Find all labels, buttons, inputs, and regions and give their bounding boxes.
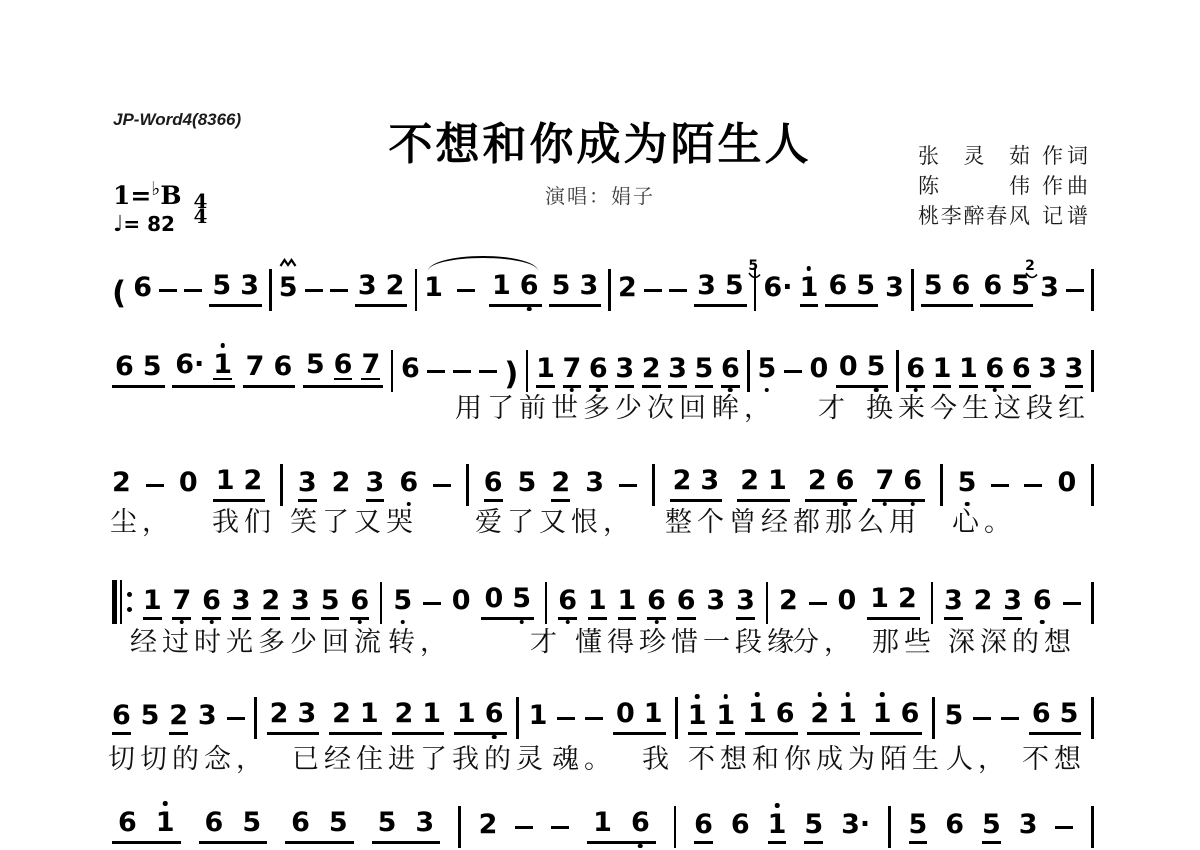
music-note: 5: [321, 587, 340, 620]
music-note: 6: [721, 355, 740, 388]
duration-dash: [619, 484, 637, 488]
key-letter: B: [160, 181, 181, 210]
music-note: 5: [279, 274, 298, 307]
duration-dash: [330, 289, 348, 293]
duration-dash: [159, 289, 177, 293]
music-note: 6: [334, 351, 353, 380]
music-note: 5: [695, 355, 714, 388]
barline: [932, 697, 935, 739]
duration-dash: [669, 289, 687, 293]
music-note: 5: [982, 811, 1001, 844]
music-note: 1: [593, 809, 612, 836]
music-note: 6: [945, 811, 964, 844]
music-note: 1: [588, 587, 607, 620]
repeat-dot: [127, 607, 132, 612]
beam-group: 61: [112, 809, 181, 844]
time-signature: 44: [193, 194, 207, 224]
music-note: 6: [983, 272, 1002, 299]
music-note: 2: [395, 700, 414, 727]
music-note: 6: [903, 467, 922, 494]
music-note: 6: [985, 355, 1004, 388]
duration-dash: [227, 717, 245, 721]
music-note: 2: [386, 272, 405, 299]
music-note: 3: [1019, 811, 1038, 844]
music-note: 1: [156, 809, 175, 836]
lyric-segment: 尘，: [110, 500, 174, 539]
music-note: 5: [306, 351, 325, 378]
beam-group: 76: [243, 353, 296, 388]
music-line: 65232321211610111162116565: [112, 683, 1094, 735]
music-note: 5: [329, 809, 348, 836]
music-note: 5: [393, 587, 412, 620]
music-note: 6: [901, 700, 920, 727]
lyric-segment: 我们: [212, 500, 276, 539]
credit-role: 作曲: [1042, 170, 1092, 200]
music-note: 0: [809, 355, 828, 388]
beam-group: 53: [372, 809, 441, 844]
music-note: 1: [644, 700, 663, 727]
music-note: 2: [479, 811, 498, 844]
music-note: 3: [415, 809, 434, 836]
music-note: 2: [810, 700, 829, 727]
music-note: 5: [518, 469, 537, 502]
music-note: 1: [457, 700, 476, 727]
music-line: 176323565005611663320123236: [112, 568, 1094, 620]
music-note: 5: [804, 811, 823, 844]
credit-row: 张灵茹作词: [918, 140, 1092, 170]
duration-dash: [644, 289, 662, 293]
music-note: 3: [579, 272, 598, 299]
music-note: 5: [867, 353, 886, 380]
duration-dash: [585, 717, 603, 721]
music-note: 1: [716, 702, 735, 735]
duration-dash: [453, 370, 471, 374]
beam-group: 23: [670, 467, 723, 502]
lyric-segment: 人，: [946, 737, 1010, 776]
music-note: 6: [118, 809, 137, 836]
music-note: 2: [243, 467, 262, 494]
duration-dash: [1063, 602, 1081, 606]
beam-group: 16: [870, 700, 923, 735]
barline: [766, 582, 769, 624]
music-note: 1: [424, 274, 443, 307]
music-note: 5: [143, 353, 162, 380]
music-note: 2: [112, 469, 131, 502]
lyric-segment: 眸，: [712, 386, 776, 425]
barline: [674, 806, 677, 848]
lyric-segment: 才: [530, 620, 562, 659]
music-note: 6: [951, 272, 970, 299]
barline: [888, 806, 891, 848]
beam-group: 6·1: [172, 351, 235, 388]
beam-group: 16: [587, 809, 656, 844]
credit-name: 陈伟: [918, 170, 1030, 200]
duration-dash: [433, 484, 451, 488]
music-note: 1: [800, 274, 819, 307]
music-note: 5: [212, 272, 231, 299]
beam-group: 53: [549, 272, 602, 307]
music-note: 1: [873, 700, 892, 727]
duration-dash: [515, 826, 533, 830]
credit-row: 桃李醉春风记谱: [918, 200, 1092, 230]
beam-group: 16: [745, 700, 798, 735]
credit-row: 陈伟作曲: [918, 170, 1092, 200]
beam-group: 26: [805, 467, 858, 502]
barline: [380, 582, 383, 624]
duration-dash: [1001, 717, 1019, 721]
lyric-row: 用了前世多少次回眸，才换来今生这段红: [0, 386, 1200, 422]
music-note: 1: [618, 587, 637, 620]
music-note: 6·5: [763, 274, 792, 307]
music-note: 6: [401, 355, 420, 388]
music-note: 0: [452, 587, 471, 620]
barline: [269, 269, 272, 311]
music-note: 2: [642, 355, 661, 388]
music-note: 5: [1060, 700, 1079, 727]
music-note: 2: [332, 469, 351, 502]
beam-group: 12: [213, 467, 266, 502]
duration-dash: [146, 484, 164, 488]
music-note: 6: [836, 467, 855, 494]
music-note: 0: [839, 353, 858, 380]
lyric-row: 尘，我们笑了又哭爱了又恨，整个曾经都那么用心。: [0, 500, 1200, 536]
music-note: 1: [870, 585, 889, 612]
lyric-segment: 那些: [872, 620, 936, 659]
tempo-value: = 82: [123, 212, 175, 236]
music-note: 5: [757, 355, 776, 388]
repeat-sign: [112, 580, 132, 624]
music-note: 1: [529, 702, 548, 735]
music-note: 5: [945, 702, 964, 735]
music-note: 1: [536, 355, 555, 388]
duration-dash: [1066, 289, 1084, 293]
music-note: 7: [172, 587, 191, 620]
beam-group: 23: [267, 700, 320, 735]
music-note: 1: [143, 587, 162, 620]
music-note: 3: [615, 355, 634, 388]
music-note: 2: [898, 585, 917, 612]
parenthesis: (: [112, 278, 126, 309]
lyric-segment: 魂。: [552, 737, 616, 776]
lyric-segment: 切切的念，: [108, 737, 268, 776]
music-note: 5: [856, 272, 875, 299]
music-note: 5: [924, 272, 943, 299]
music-note: 1: [688, 702, 707, 735]
barline: [415, 269, 418, 311]
duration-dash: [557, 717, 575, 721]
mordent-icon: [280, 258, 297, 268]
barline: [458, 806, 461, 848]
flat-icon: ♭: [151, 178, 160, 200]
music-note: 6: [133, 274, 152, 307]
music-note: 3: [366, 469, 385, 502]
music-note: 5: [141, 702, 160, 735]
beam-group: 65: [285, 809, 354, 844]
music-note: 3: [1065, 355, 1084, 388]
music-note: 2: [261, 587, 280, 620]
music-note: 6: [828, 272, 847, 299]
slur-group: 116: [424, 272, 541, 307]
music-note: 6: [112, 702, 131, 735]
music-note: 6: [350, 587, 369, 620]
lyric-segment: 心。: [952, 500, 1016, 539]
beam-group: 21: [329, 700, 382, 735]
music-note: 6: [1032, 700, 1051, 727]
music-note: 6·: [175, 351, 204, 378]
music-note: 7: [246, 353, 265, 380]
lyric-segment: 笑了又哭: [290, 500, 418, 539]
music-note: 3: [700, 467, 719, 494]
beam-group: 21: [807, 700, 860, 735]
music-note: 7: [563, 355, 582, 388]
duration-dash: [809, 602, 827, 606]
music-note: 3: [585, 469, 604, 502]
lyric-row: 切切的念，已经住进了我的灵魂。我不想和你成为陌生人，不想: [0, 737, 1200, 773]
music-note: 3: [291, 587, 310, 620]
music-note: 3·: [841, 811, 870, 844]
lyric-segment: 经过时光多少回流: [130, 620, 386, 659]
music-note: 6: [202, 587, 221, 620]
beam-group: 567: [303, 351, 383, 388]
music-line: (653532116532356·51653566532: [112, 255, 1094, 307]
beam-group: 76: [872, 467, 925, 502]
music-note: 6: [1033, 587, 1052, 620]
music-note: 6: [205, 809, 224, 836]
duration-dash: [1055, 826, 1073, 830]
music-note: 2: [779, 587, 798, 620]
music-note: 3: [1038, 355, 1057, 388]
duration-dash: [1024, 484, 1042, 488]
music-note: 5: [378, 809, 397, 836]
music-note: 0: [179, 469, 198, 502]
repeat-thick-bar: [112, 580, 117, 624]
lyric-segment: 才: [818, 386, 850, 425]
music-note: 6: [906, 355, 925, 388]
barline: [545, 582, 548, 624]
music-note: 2: [332, 700, 351, 727]
music-note: 5: [958, 469, 977, 502]
duration-dash: [784, 370, 802, 374]
music-note: 3: [358, 272, 377, 299]
barline: [516, 697, 519, 739]
music-note: 0: [616, 700, 635, 727]
music-note: 2: [551, 469, 570, 502]
duration-dash: [457, 289, 475, 293]
music-note: 32: [1040, 274, 1059, 307]
tempo-marking: ♩= 82: [113, 212, 175, 237]
music-note: 6: [731, 811, 750, 844]
music-note: 5: [512, 585, 531, 612]
repeat-thin-bar: [120, 580, 122, 624]
duration-dash: [305, 289, 323, 293]
music-line: 6165655321666153·5653: [112, 792, 1094, 844]
key-prefix: 1=: [113, 181, 151, 210]
lyric-segment: 深深的想: [948, 620, 1076, 659]
music-note: 6: [631, 809, 650, 836]
lyric-segment: 我: [642, 737, 674, 776]
music-note: 3: [298, 469, 317, 502]
beam-group: 53: [209, 272, 262, 307]
barline: [911, 269, 914, 311]
lyric-segment: 爱了又恨，: [475, 500, 635, 539]
music-note: 6: [776, 700, 795, 727]
music-note: 2: [618, 274, 637, 307]
music-note: 6: [647, 587, 666, 620]
music-note: 1: [492, 272, 511, 299]
duration-dash: [551, 826, 569, 830]
music-note: 1: [768, 811, 787, 844]
music-note: 1: [959, 355, 978, 388]
lyric-segment: 不想和你成为陌生: [688, 737, 944, 776]
beam-group: 05: [481, 585, 534, 620]
barline: [931, 582, 934, 624]
music-note: 6: [399, 469, 418, 502]
music-note: 6: [484, 469, 503, 502]
lyric-segment: 分，: [792, 620, 856, 659]
beam-group: 12: [867, 585, 920, 620]
barline: [1091, 269, 1094, 311]
music-line: 656·1765676)1763235650056116633: [112, 336, 1094, 388]
music-note: 6: [273, 353, 292, 380]
music-note: 3: [944, 587, 963, 620]
duration-dash: [479, 370, 497, 374]
beam-group: 35: [694, 272, 747, 307]
beam-group: 65: [1029, 700, 1082, 735]
music-note: 3: [668, 355, 687, 388]
music-note: 6: [694, 811, 713, 844]
music-line: 2012323665232321267650: [112, 450, 1094, 502]
music-note: 6: [589, 355, 608, 388]
music-note: 6: [677, 587, 696, 620]
beam-group: 16: [489, 272, 542, 307]
beam-group: 65: [825, 272, 878, 307]
repeat-dots: [127, 592, 132, 612]
music-note: 2: [169, 702, 188, 735]
music-note: 1: [216, 467, 235, 494]
music-note: 5: [725, 272, 744, 299]
beam-group: 56: [921, 272, 974, 307]
music-note: 6: [558, 587, 577, 620]
beam-group: 16: [454, 700, 507, 735]
beam-group: 21: [392, 700, 445, 735]
music-note: 1: [422, 700, 441, 727]
music-note: 3: [885, 274, 904, 307]
music-note: 3: [736, 587, 755, 620]
music-note: 0: [1058, 469, 1077, 502]
music-note: 3: [697, 272, 716, 299]
grace-note: 5: [748, 259, 761, 279]
lyric-segment: 用了前世多少次回: [455, 386, 711, 425]
credit-name: 桃李醉春风: [918, 200, 1030, 230]
barline: [1091, 697, 1094, 739]
music-note: 2: [808, 467, 827, 494]
music-note: 3: [706, 587, 725, 620]
beam-group: 05: [836, 353, 889, 388]
grace-note: 2: [1025, 259, 1038, 279]
music-note: 1: [748, 700, 767, 727]
music-note: 1: [768, 467, 787, 494]
beam-group: 65: [199, 809, 268, 844]
music-note: 6: [1012, 355, 1031, 388]
quarter-note-icon: ♩: [113, 212, 123, 237]
beam-group: 21: [737, 467, 790, 502]
duration-dash: [973, 717, 991, 721]
barline: [1091, 582, 1094, 624]
duration-dash: [427, 370, 445, 374]
lyric-segment: 换来今生这段红: [866, 386, 1090, 425]
music-note: 6: [520, 272, 539, 299]
credit-role: 记谱: [1042, 200, 1092, 230]
barline: [608, 269, 611, 311]
barline: [254, 697, 257, 739]
lyric-segment: 不想: [1022, 737, 1086, 776]
music-note: 3: [297, 700, 316, 727]
music-note: 1: [933, 355, 952, 388]
lyric-segment: 整个曾经都那么用: [665, 500, 921, 539]
music-note: 5: [552, 272, 571, 299]
duration-dash: [184, 289, 202, 293]
beam-group: 01: [613, 700, 666, 735]
music-note: 0: [484, 585, 503, 612]
music-note: 2: [740, 467, 759, 494]
time-unit: 4: [193, 209, 207, 224]
music-note: 7: [875, 467, 894, 494]
beam-group: 32: [355, 272, 408, 307]
barline: [1091, 806, 1094, 848]
duration-dash: [991, 484, 1009, 488]
credit-role: 作词: [1042, 140, 1092, 170]
music-note: 7: [361, 351, 380, 380]
music-note: 2: [673, 467, 692, 494]
music-note: 6: [115, 353, 134, 380]
music-note: 2: [270, 700, 289, 727]
sheet-music-page: JP-Word4(8366) 不想和你成为陌生人 演唱：娟子 张灵茹作词陈伟作曲…: [0, 0, 1200, 850]
repeat-dot: [127, 592, 132, 597]
music-note: 1: [838, 700, 857, 727]
credit-name: 张灵茹: [918, 140, 1030, 170]
music-note: 3: [198, 702, 217, 735]
music-note: 5: [242, 809, 261, 836]
music-note: 3: [240, 272, 259, 299]
barline: [675, 697, 678, 739]
music-note: 3: [1003, 587, 1022, 620]
music-note: 5: [909, 811, 928, 844]
lyric-row: 经过时光多少回流转，才懂得珍惜一段缘分，那些深深的想: [0, 620, 1200, 656]
lyric-segment: 转，: [388, 620, 452, 659]
music-note: 6: [291, 809, 310, 836]
music-note: 2: [974, 587, 993, 620]
duration-dash: [423, 602, 441, 606]
music-note: 1: [360, 700, 379, 727]
music-note: 0: [838, 587, 857, 620]
music-note: 1: [213, 351, 232, 380]
credits: 张灵茹作词陈伟作曲桃李醉春风记谱: [918, 140, 1092, 230]
lyric-segment: 已经住进了我的灵: [292, 737, 548, 776]
music-note: 6: [485, 700, 504, 727]
lyric-segment: 懂得珍惜一段缘: [575, 620, 799, 659]
music-note: 3: [232, 587, 251, 620]
beam-group: 65: [112, 353, 165, 388]
